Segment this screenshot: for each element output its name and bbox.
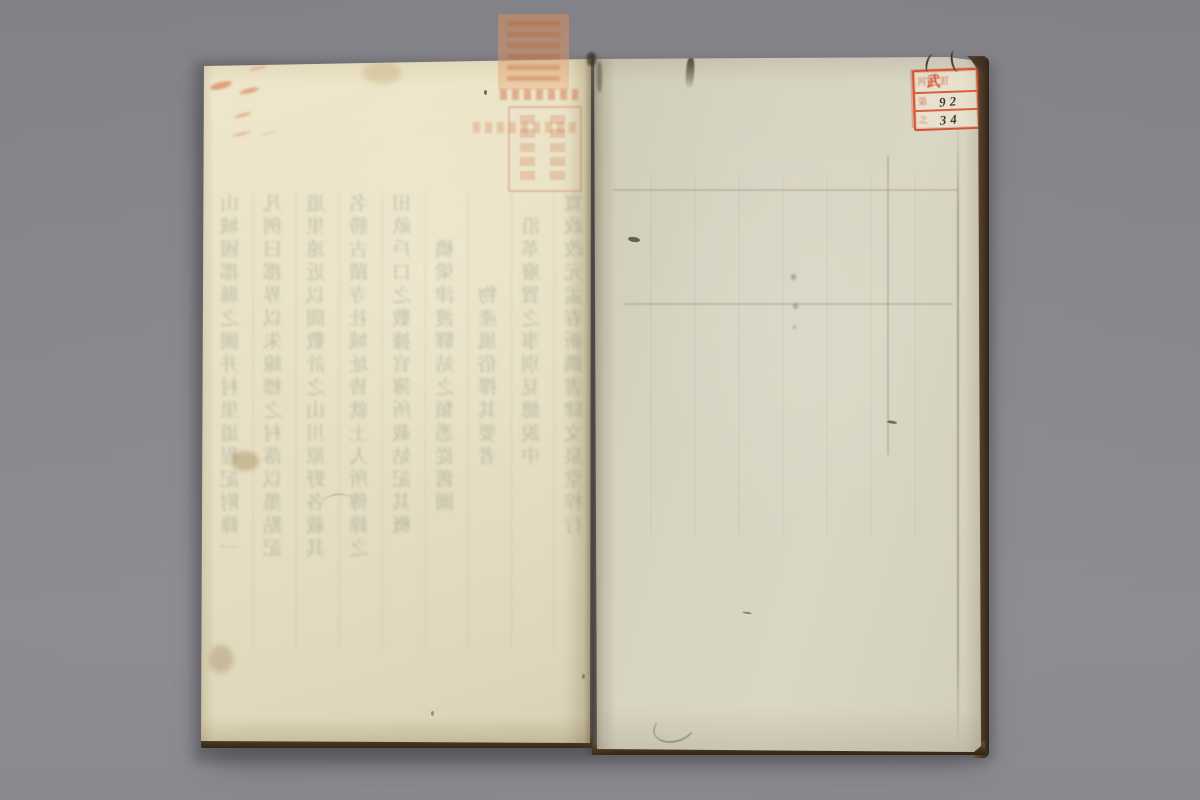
stamp-row-category: 河 武 訂 — [914, 70, 977, 92]
sticker-text-marks — [473, 122, 576, 133]
handwritten-number: 34 — [939, 111, 961, 126]
library-label-stamp: 河 武 訂 第 92 之 34 — [912, 68, 980, 131]
stamp-glyph: 之 — [919, 115, 928, 124]
stamp-glyph: 訂 — [940, 76, 949, 85]
handwritten-number: 92 — [939, 93, 961, 108]
red-ink-smudges — [209, 79, 232, 91]
stamp-glyph: 第 — [918, 97, 927, 106]
fold-crease — [887, 155, 889, 455]
ink-showthrough-text: 山城國郡縣之圖并村里道程記附錄一 凡例曰郡界以朱線標之村落以墨點記 道里遠近以間… — [210, 193, 555, 648]
stain — [209, 645, 233, 673]
orange-sticker — [498, 14, 569, 90]
speck — [484, 90, 487, 95]
stamp-glyph: 河 — [917, 77, 926, 86]
left-page: 山城國郡縣之圖并村里道程記附錄一 凡例曰郡界以朱線標之村落以墨點記 道里遠近以間… — [200, 57, 593, 744]
stain — [231, 451, 259, 471]
stamp-row-number: 第 92 — [915, 90, 978, 110]
stamp-row-number: 之 34 — [915, 108, 978, 128]
right-page: 河 武 訂 第 92 之 34 — [593, 55, 983, 756]
fold-crease — [957, 115, 959, 750]
gutter-notch — [587, 52, 596, 66]
fold-crease — [623, 303, 953, 305]
hair-mark — [650, 709, 698, 746]
gutter-shadow — [570, 55, 616, 755]
sticker-text-marks — [500, 89, 578, 100]
stamp-glyph: 武 — [926, 74, 940, 88]
showthrough-dots — [791, 274, 796, 280]
stain — [363, 62, 401, 84]
showthrough-streaks — [608, 175, 938, 535]
ink-stain — [685, 57, 695, 89]
fold-crease — [613, 189, 958, 191]
